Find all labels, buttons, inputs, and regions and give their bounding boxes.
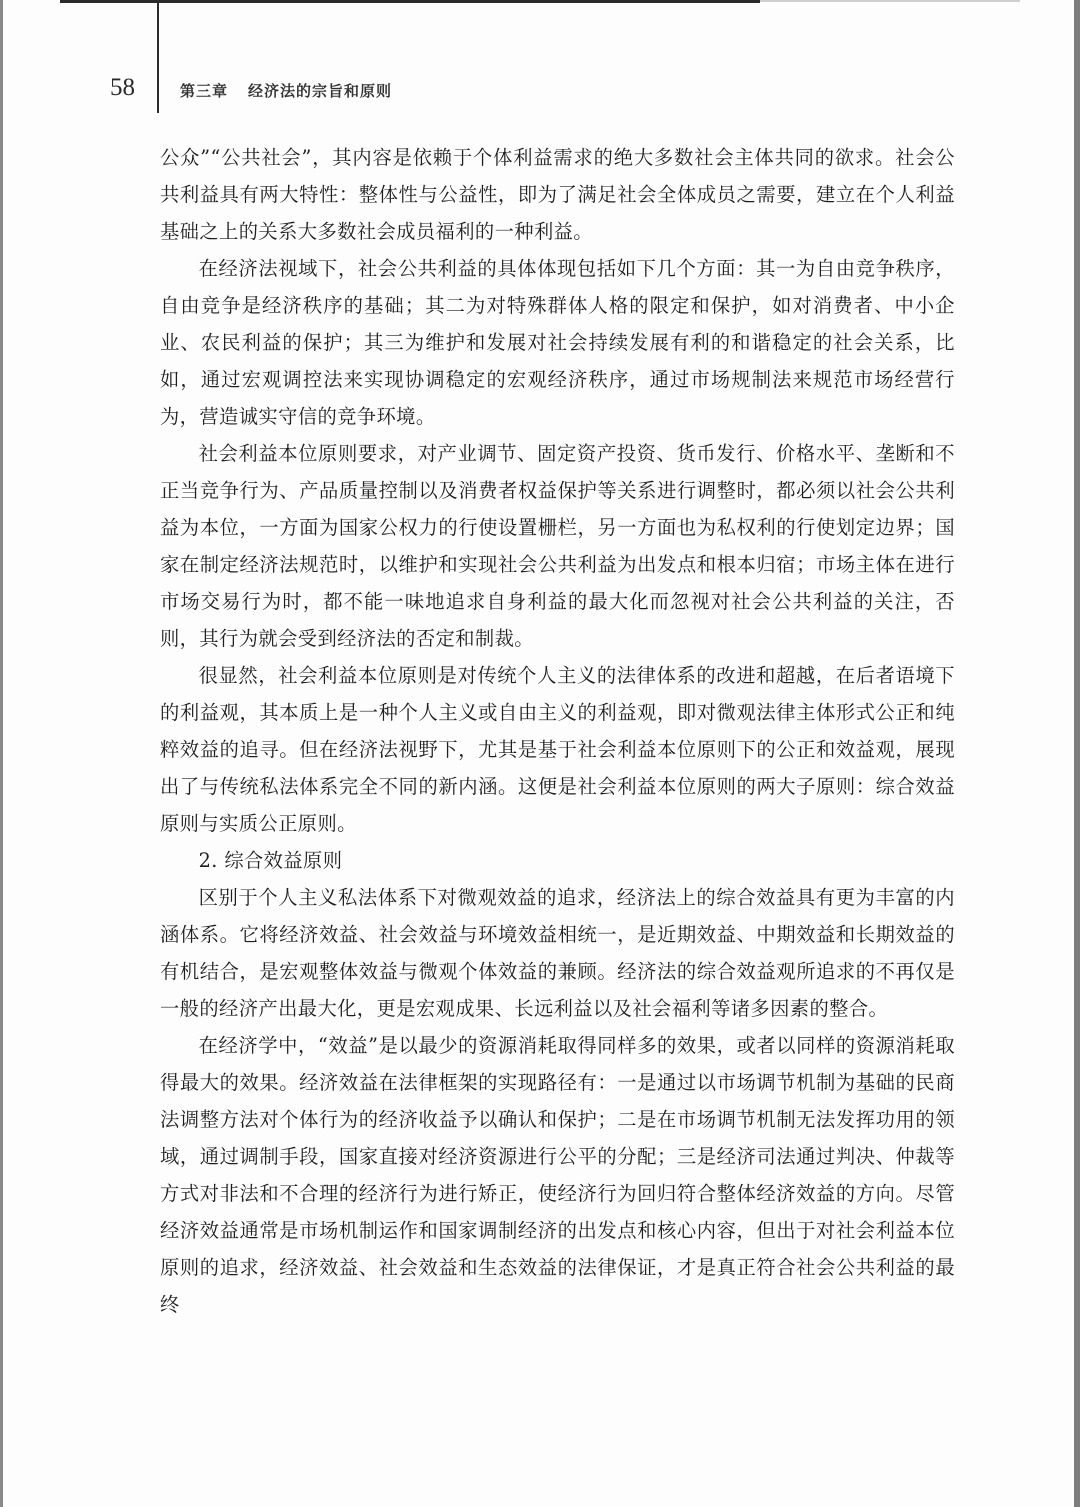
body-text: 公众”“公共社会”，其内容是依赖于个体利益需求的绝大多数社会主体共同的欲求。社会…	[160, 139, 955, 1323]
section-heading: 2. 综合效益原则	[160, 842, 955, 879]
paragraph: 在经济法视域下，社会公共利益的具体体现包括如下几个方面：其一为自由竞争秩序，自由…	[160, 250, 955, 435]
scan-left-edge	[0, 0, 3, 1507]
paragraph: 公众”“公共社会”，其内容是依赖于个体利益需求的绝大多数社会主体共同的欲求。社会…	[160, 139, 955, 250]
paragraph: 区别于个人主义私法体系下对微观效益的追求，经济法上的综合效益具有更为丰富的内涵体…	[160, 879, 955, 1027]
header-top-rule	[60, 0, 760, 3]
paragraph: 社会利益本位原则要求，对产业调节、固定资产投资、货币发行、价格水平、垄断和不正当…	[160, 435, 955, 657]
paragraph: 很显然，社会利益本位原则是对传统个人主义的法律体系的改进和超越，在后者语境下的利…	[160, 657, 955, 842]
page-number: 58	[110, 74, 135, 102]
chapter-label: 第三章	[180, 82, 228, 100]
paragraph: 在经济学中，“效益”是以最少的资源消耗取得同样多的效果，或者以同样的资源消耗取得…	[160, 1027, 955, 1323]
header-vertical-rule	[157, 0, 159, 113]
running-header: 第三章经济法的宗旨和原则	[180, 80, 392, 101]
scan-right-edge	[1074, 0, 1080, 1507]
header-top-rule-fade	[760, 0, 1020, 2]
chapter-title: 经济法的宗旨和原则	[248, 82, 392, 100]
